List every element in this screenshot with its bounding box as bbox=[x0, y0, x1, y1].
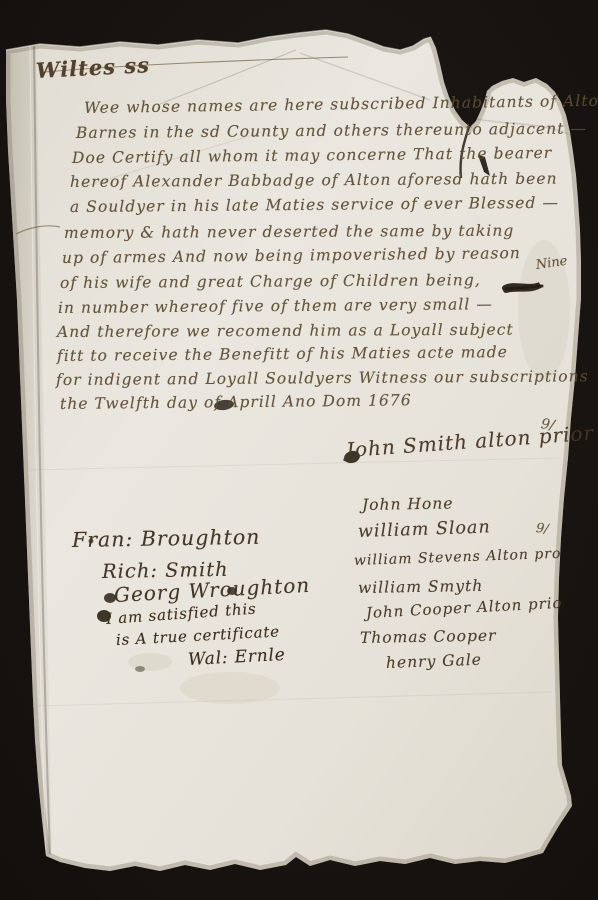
body-line-12: for indigent and Loyall Souldyers Witnes… bbox=[56, 367, 589, 389]
tally-mark: 9/ bbox=[535, 521, 549, 537]
manuscript-photo: Wiltes ss Wee whose names are here subsc… bbox=[0, 0, 598, 900]
body-line-6: memory & hath never deserted the same by… bbox=[64, 222, 514, 242]
body-line-4: hereof Alexander Babbadge of Alton afore… bbox=[70, 170, 558, 191]
body-line-10: And therefore we recomend him as a Loyal… bbox=[57, 321, 514, 341]
body-line-9: in number whereof five of them are very … bbox=[58, 295, 493, 317]
body-line-8: of his wife and great Charge of Children… bbox=[60, 271, 481, 292]
paper-stain bbox=[128, 653, 172, 671]
signature-henry-gale: henry Gale bbox=[386, 651, 483, 672]
signature-thomas-cooper: Thomas Cooper bbox=[360, 627, 497, 647]
paper-stain bbox=[180, 672, 280, 704]
signature-fran-broughton: Fran: Broughton bbox=[72, 525, 261, 552]
body-line-13: the Twelfth day of Aprill Ano Dom 1676 bbox=[60, 391, 412, 413]
signature-john-hone: John Hone bbox=[362, 494, 454, 514]
signature-william-smyth: william Smyth bbox=[358, 577, 484, 597]
